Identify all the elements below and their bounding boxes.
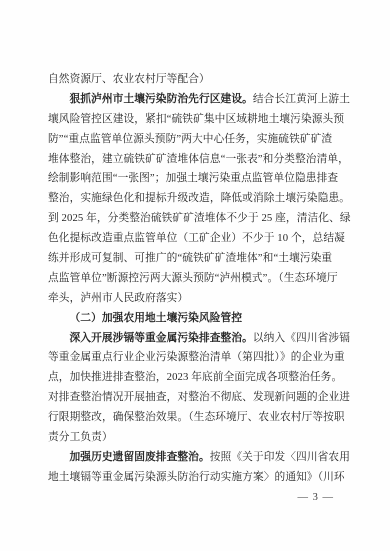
emphasis-text-segment: 加强历史遗留固废排查整治。 [70,451,210,463]
body-text-segment: 按照《关于印发〈四川省农用 [210,451,350,463]
body-text-segment: 绘制影响范围“一张图”；加强土壤污染重点监管单位隐患排查 [48,172,338,184]
text-line: 狠抓泸州市土壤污染防治先行区建设。结合长江黄河上游土 [48,90,348,110]
body-text-segment: 壤风险管控区建设，紧扣“硫铁矿集中区域耕地土壤污染源头预 [48,113,344,125]
document-page: 自然资源厅、农业农村厅等配合）狠抓泸州市土壤污染防治先行区建设。结合长江黄河上游… [0,0,390,551]
text-line: 深入开展涉镉等重金属污染排查整治。以纳入《四川省涉镉 [48,329,348,349]
body-text-segment: 整治，实施绿色化和提标升级改造，降低或消除土壤污染隐患。 [48,192,350,204]
text-line: 到 2025 年，分类整治硫铁矿矿渣堆体不少于 25 座，清洁化、绿 [48,209,348,229]
emphasis-text-segment: 深入开展涉镉等重金属污染排查整治。 [70,332,253,344]
text-line: 堆体整治，建立硫铁矿矿渣堆体信息“一张表”和分类整治清单， [48,150,348,170]
body-text-segment: 点监管单位”断源控污两大源头预防“泸州模式”。（生态环境厅 [48,272,338,284]
body-text-segment: 自然资源厅、农业农村厅等配合） [48,73,210,85]
text-line: 点，加快推进排查整治，2023 年底前全面完成各项整治任务。 [48,368,348,388]
text-line: 地土壤镉等重金属污染源头防治行动实施方案〉的通知》（川环 [48,468,348,488]
text-line: 色化提标改造重点监管单位（工矿企业）不少于 10 个，总结凝 [48,229,348,249]
body-text-segment: 防”“重点监管单位源头预防”两大中心任务，实施硫铁矿矿渣 [48,133,332,145]
body-text-segment: 对排查整治情况开展抽查，对整治不彻底、发现新问题的企业进 [48,391,350,403]
body-text-segment: 牵头，泸州市人民政府落实） [48,292,188,304]
section-heading: （二）加强农用地土壤污染风险管控 [48,309,348,329]
document-body: 自然资源厅、农业农村厅等配合）狠抓泸州市土壤污染防治先行区建设。结合长江黄河上游… [48,70,348,488]
text-line: 绘制影响范围“一张图”；加强土壤污染重点监管单位隐患排查 [48,169,348,189]
text-line: 壤风险管控区建设，紧扣“硫铁矿集中区域耕地土壤污染源头预 [48,110,348,130]
text-line: 点监管单位”断源控污两大源头预防“泸州模式”。（生态环境厅 [48,269,348,289]
page-number: — 3 — [298,491,335,504]
body-text-segment: 责分工负责） [48,431,113,443]
emphasis-text-segment: （二）加强农用地土壤污染风险管控 [70,312,243,324]
body-text-segment: 堆体整治，建立硫铁矿矿渣堆体信息“一张表”和分类整治清单， [48,153,349,165]
emphasis-text-segment: 狠抓泸州市土壤污染防治先行区建设。 [70,93,253,105]
text-line: 整治，实施绿色化和提标升级改造，降低或消除土壤污染隐患。 [48,189,348,209]
body-text-segment: 练并形成可复制、可推广的“硫铁矿矿渣堆体”和“土壤污染重 [48,252,332,264]
body-text-segment: 以纳入《四川省涉镉 [253,332,350,344]
text-line: 牵头，泸州市人民政府落实） [48,289,348,309]
text-line: 行限期整改，确保整治效果。（生态环境厅、农业农村厅等按职 [48,408,348,428]
body-text-segment: 结合长江黄河上游土 [253,93,350,105]
text-line: 等重金属重点行业企业污染源整治清单（第四批）》的企业为重 [48,348,348,368]
text-line: 防”“重点监管单位源头预防”两大中心任务，实施硫铁矿矿渣 [48,130,348,150]
body-text-segment: 等重金属重点行业企业污染源整治清单（第四批）》的企业为重 [48,351,345,363]
body-text-segment: 地土壤镉等重金属污染源头防治行动实施方案〉的通知》（川环 [48,471,345,483]
text-line: 加强历史遗留固废排查整治。按照《关于印发〈四川省农用 [48,448,348,468]
body-text-segment: 行限期整改，确保整治效果。（生态环境厅、农业农村厅等按职 [48,411,345,423]
text-line: 责分工负责） [48,428,348,448]
text-line: 对排查整治情况开展抽查，对整治不彻底、发现新问题的企业进 [48,388,348,408]
body-text-segment: 色化提标改造重点监管单位（工矿企业）不少于 10 个，总结凝 [48,232,345,244]
body-text-segment: 点，加快推进排查整治，2023 年底前全面完成各项整治任务。 [48,371,342,383]
text-line: 自然资源厅、农业农村厅等配合） [48,70,348,90]
body-text-segment: 到 2025 年，分类整治硫铁矿矿渣堆体不少于 25 座，清洁化、绿 [48,212,351,224]
text-line: 练并形成可复制、可推广的“硫铁矿矿渣堆体”和“土壤污染重 [48,249,348,269]
